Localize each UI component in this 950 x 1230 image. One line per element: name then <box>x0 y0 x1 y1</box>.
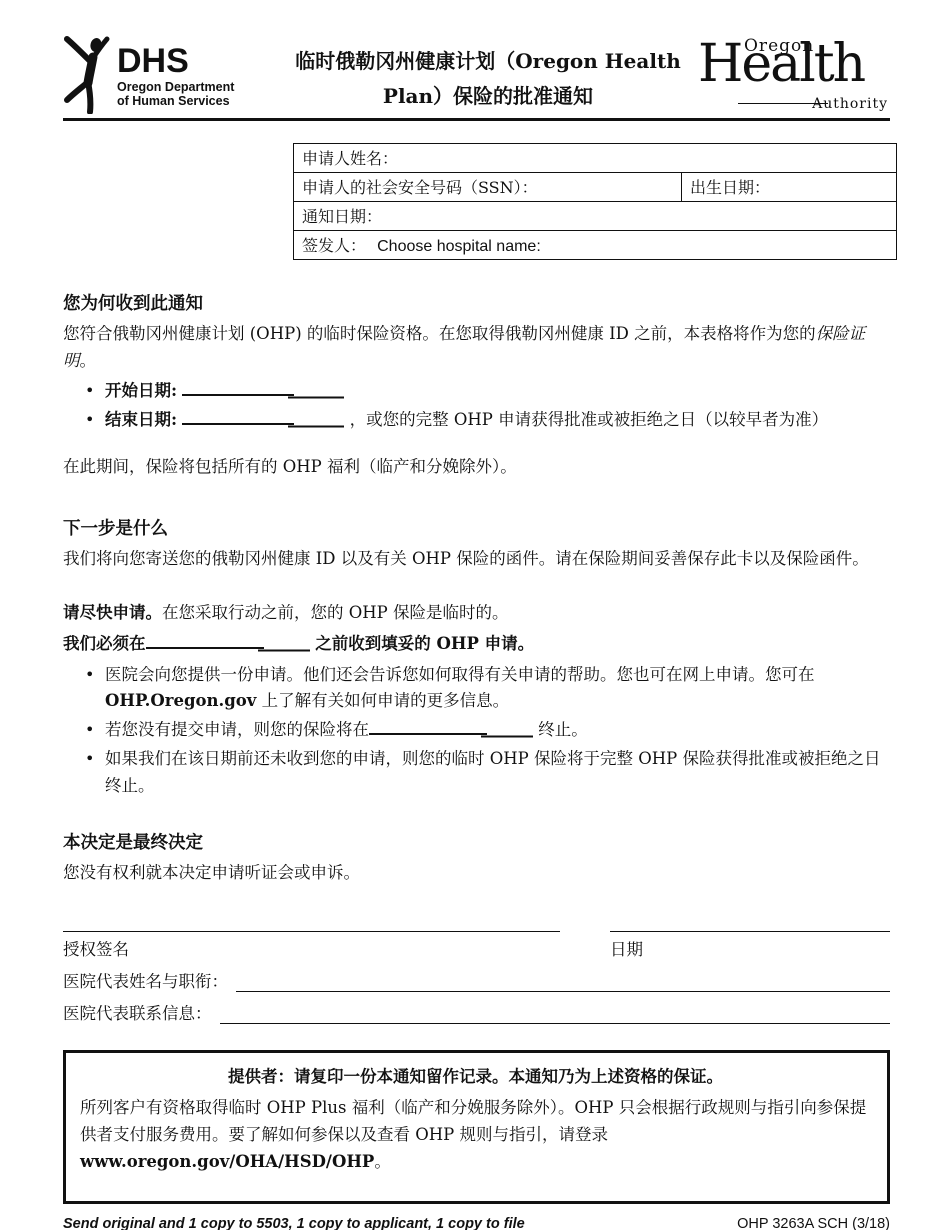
rep-name-row: 医院代表姓名与职衔： <box>63 968 890 992</box>
table-row: 申请人姓名： <box>294 144 897 173</box>
rep-name-line[interactable] <box>236 970 890 992</box>
why-section-body: 您符合俄勒冈州健康计划 (OHP) 的临时保险资格。在您取得俄勒冈州健康 ID … <box>63 321 890 374</box>
end-date-label: 结束日期: <box>105 410 177 429</box>
hospital-name-select[interactable]: Choose hospital name: <box>377 238 541 255</box>
form-number: OHP 3263A SCH (3/18) <box>737 1216 890 1230</box>
ohp-website-link[interactable]: OHP.Oregon.gov <box>105 691 256 710</box>
page-title: 临时俄勒冈州健康计划（Oregon Health Plan）保险的批准通知 <box>278 36 698 114</box>
apply-bullet-list: 医院会向您提供一份申请。他们还会告诉您如何取得有关申请的帮助。您也可在网上申请。… <box>63 662 890 800</box>
end-date-item: 结束日期: ，或您的完整 OHP 申请获得批准或被拒绝之日（以较早者为准） <box>63 407 890 434</box>
end-date-blank[interactable] <box>182 407 344 434</box>
signature-label: 授权签名 <box>63 936 560 960</box>
header-divider <box>63 118 890 121</box>
applicant-name-label: 申请人姓名： <box>302 149 398 168</box>
oha-logo: Health Oregon Authority <box>698 36 890 114</box>
final-section-body: 您没有权利就本决定申请听证会或申诉。 <box>63 860 890 887</box>
provider-box-title: 提供者：请复印一份本通知留作记录。本通知乃为上述资格的保证。 <box>80 1063 871 1087</box>
provider-box-body: 所列客户有资格取得临时 OHP Plus 福利（临产和分娩服务除外）。OHP 只… <box>80 1095 871 1175</box>
why-section-heading: 您为何收到此通知 <box>63 290 890 315</box>
apply-bullet-2: 若您没有提交申请，则您的保险将在 终止。 <box>63 717 890 744</box>
table-row: 通知日期： <box>294 202 897 231</box>
dhs-dept-name: Oregon Department of Human Services <box>117 80 234 109</box>
dhs-acronym: DHS <box>117 44 234 78</box>
rep-contact-line[interactable] <box>220 1002 891 1024</box>
oregon-gov-link[interactable]: www.oregon.gov/OHA/HSD/OHP <box>80 1152 374 1171</box>
next-section-body: 我们将向您寄送您的俄勒冈州健康 ID 以及有关 OHP 保险的函件。请在保险期间… <box>63 546 890 573</box>
next-section-heading: 下一步是什么 <box>63 515 890 540</box>
apply-lead: 请尽快申请。在您采取行动之前，您的 OHP 保险是临时的。 <box>63 600 890 627</box>
start-date-item: 开始日期: <box>63 378 890 405</box>
provider-notice-box: 提供者：请复印一份本通知留作记录。本通知乃为上述资格的保证。 所列客户有资格取得… <box>63 1050 890 1204</box>
signature-column: 授权签名 <box>63 931 560 960</box>
ssn-cell[interactable]: 申请人的社会安全号码（SSN）： <box>294 173 682 202</box>
applicant-name-cell[interactable]: 申请人姓名： <box>294 144 897 173</box>
footer-distribution-note: Send original and 1 copy to 5503, 1 copy… <box>63 1216 525 1230</box>
dhs-logo: DHS Oregon Department of Human Services <box>63 36 278 114</box>
signature-line[interactable] <box>63 931 560 932</box>
rep-contact-row: 医院代表联系信息： <box>63 1000 890 1024</box>
oha-authority-word: Authority <box>812 96 888 112</box>
date-line[interactable] <box>610 931 890 932</box>
notice-date-label: 通知日期： <box>302 207 382 226</box>
table-row: 申请人的社会安全号码（SSN）： 出生日期： <box>294 173 897 202</box>
dhs-person-icon <box>63 36 115 114</box>
rep-name-label: 医院代表姓名与职衔： <box>63 968 228 992</box>
oha-oregon-word: Oregon <box>744 36 814 56</box>
dob-cell[interactable]: 出生日期： <box>682 173 897 202</box>
issuer-cell: 签发人： Choose hospital name: <box>294 231 897 260</box>
table-row: 签发人： Choose hospital name: <box>294 231 897 260</box>
dob-label: 出生日期： <box>690 178 770 197</box>
date-column: 日期 <box>610 931 890 960</box>
apply-bullet-1: 医院会向您提供一份申请。他们还会告诉您如何取得有关申请的帮助。您也可在网上申请。… <box>63 662 890 715</box>
date-label: 日期 <box>610 936 890 960</box>
document-page: DHS Oregon Department of Human Services … <box>0 0 950 1230</box>
end-coverage-blank[interactable] <box>369 717 533 744</box>
signature-block: 授权签名 日期 <box>63 931 890 960</box>
apply-deadline: 我们必须在 之前收到填妥的 OHP 申请。 <box>63 631 890 658</box>
header: DHS Oregon Department of Human Services … <box>63 36 890 114</box>
date-bullet-list: 开始日期: 结束日期: ，或您的完整 OHP 申请获得批准或被拒绝之日（以较早者… <box>63 378 890 433</box>
issuer-label: 签发人： <box>302 236 366 255</box>
ssn-label: 申请人的社会安全号码（SSN）： <box>302 178 538 197</box>
start-date-blank[interactable] <box>182 378 344 405</box>
footer: Send original and 1 copy to 5503, 1 copy… <box>63 1216 890 1230</box>
apply-bullet-3: 如果我们在该日期前还未收到您的申请，则您的临时 OHP 保险将于完整 OHP 保… <box>63 746 890 799</box>
deadline-blank[interactable] <box>146 631 310 658</box>
coverage-note: 在此期间，保险将包括所有的 OHP 福利（临产和分娩除外）。 <box>63 454 890 481</box>
notice-date-cell[interactable]: 通知日期： <box>294 202 897 231</box>
rep-contact-label: 医院代表联系信息： <box>63 1000 212 1024</box>
final-section-heading: 本决定是最终决定 <box>63 829 890 854</box>
start-date-label: 开始日期: <box>105 381 177 400</box>
applicant-info-table: 申请人姓名： 申请人的社会安全号码（SSN）： 出生日期： 通知日期： 签发人：… <box>293 143 897 260</box>
dhs-wordmark: DHS Oregon Department of Human Services <box>117 44 234 109</box>
